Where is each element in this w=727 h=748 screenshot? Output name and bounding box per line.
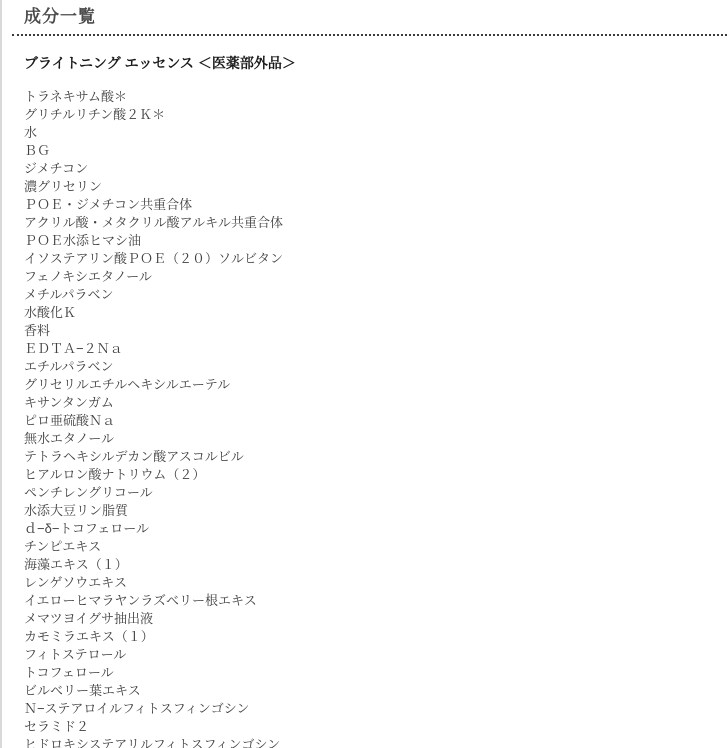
ingredient-item: フィトステロール	[24, 646, 727, 664]
ingredient-item: トラネキサム酸＊	[24, 88, 727, 106]
ingredient-item: 水酸化Ｋ	[24, 304, 727, 322]
ingredient-item: グリセリルエチルヘキシルエーテル	[24, 376, 727, 394]
ingredient-item: ピロ亜硫酸Ｎａ	[24, 412, 727, 430]
ingredient-item: グリチルリチン酸２Ｋ＊	[24, 106, 727, 124]
ingredient-item: ビルベリー葉エキス	[24, 682, 727, 700]
ingredient-item: フェノキシエタノール	[24, 268, 727, 286]
ingredient-item: ペンチレングリコール	[24, 484, 727, 502]
ingredient-item: メチルパラベン	[24, 286, 727, 304]
ingredient-item: ＢＧ	[24, 142, 727, 160]
ingredient-item: ＰＯＥ水添ヒマシ油	[24, 232, 727, 250]
ingredient-item: カモミラエキス（１）	[24, 628, 727, 646]
ingredient-item: 濃グリセリン	[24, 178, 727, 196]
ingredient-item: 水	[24, 124, 727, 142]
ingredient-item: ｄ−δ−トコフェロール	[24, 520, 727, 538]
ingredient-item: トコフェロール	[24, 664, 727, 682]
ingredient-item: ヒドロキシステアリルフィトスフィンゴシン	[24, 736, 727, 748]
ingredient-item: ヒアルロン酸ナトリウム（２）	[24, 466, 727, 484]
ingredient-item: イソステアリン酸ＰＯＥ（２０）ソルビタン	[24, 250, 727, 268]
page-title: 成分一覧	[24, 6, 727, 28]
ingredient-item: メマツヨイグサ抽出液	[24, 610, 727, 628]
ingredient-item: レンゲソウエキス	[24, 574, 727, 592]
product-name: ブライトニング エッセンス ＜医薬部外品＞	[24, 55, 727, 71]
ingredient-list: トラネキサム酸＊グリチルリチン酸２Ｋ＊水ＢＧジメチコン濃グリセリンＰＯＥ・ジメチ…	[24, 88, 727, 748]
ingredient-item: アクリル酸・メタクリル酸アルキル共重合体	[24, 214, 727, 232]
ingredient-item: 水添大豆リン脂質	[24, 502, 727, 520]
ingredient-item: 海藻エキス（１）	[24, 556, 727, 574]
ingredient-item: ＰＯＥ・ジメチコン共重合体	[24, 196, 727, 214]
ingredient-item: セラミド２	[24, 718, 727, 736]
ingredient-item: ＥＤＴＡ−２Ｎａ	[24, 340, 727, 358]
ingredient-item: 香料	[24, 322, 727, 340]
ingredient-item: 無水エタノール	[24, 430, 727, 448]
ingredient-item: Ｎ−ステアロイルフィトスフィンゴシン	[24, 700, 727, 718]
page-header: 成分一覧	[12, 0, 727, 36]
ingredient-page: 成分一覧 ブライトニング エッセンス ＜医薬部外品＞ トラネキサム酸＊グリチルリ…	[0, 0, 727, 748]
ingredient-item: キサンタンガム	[24, 394, 727, 412]
ingredient-item: エチルパラベン	[24, 358, 727, 376]
ingredient-item: ジメチコン	[24, 160, 727, 178]
ingredient-item: チンピエキス	[24, 538, 727, 556]
page-content: ブライトニング エッセンス ＜医薬部外品＞ トラネキサム酸＊グリチルリチン酸２Ｋ…	[2, 55, 727, 748]
ingredient-item: イエローヒマラヤンラズベリー根エキス	[24, 592, 727, 610]
ingredient-item: テトラヘキシルデカン酸アスコルビル	[24, 448, 727, 466]
